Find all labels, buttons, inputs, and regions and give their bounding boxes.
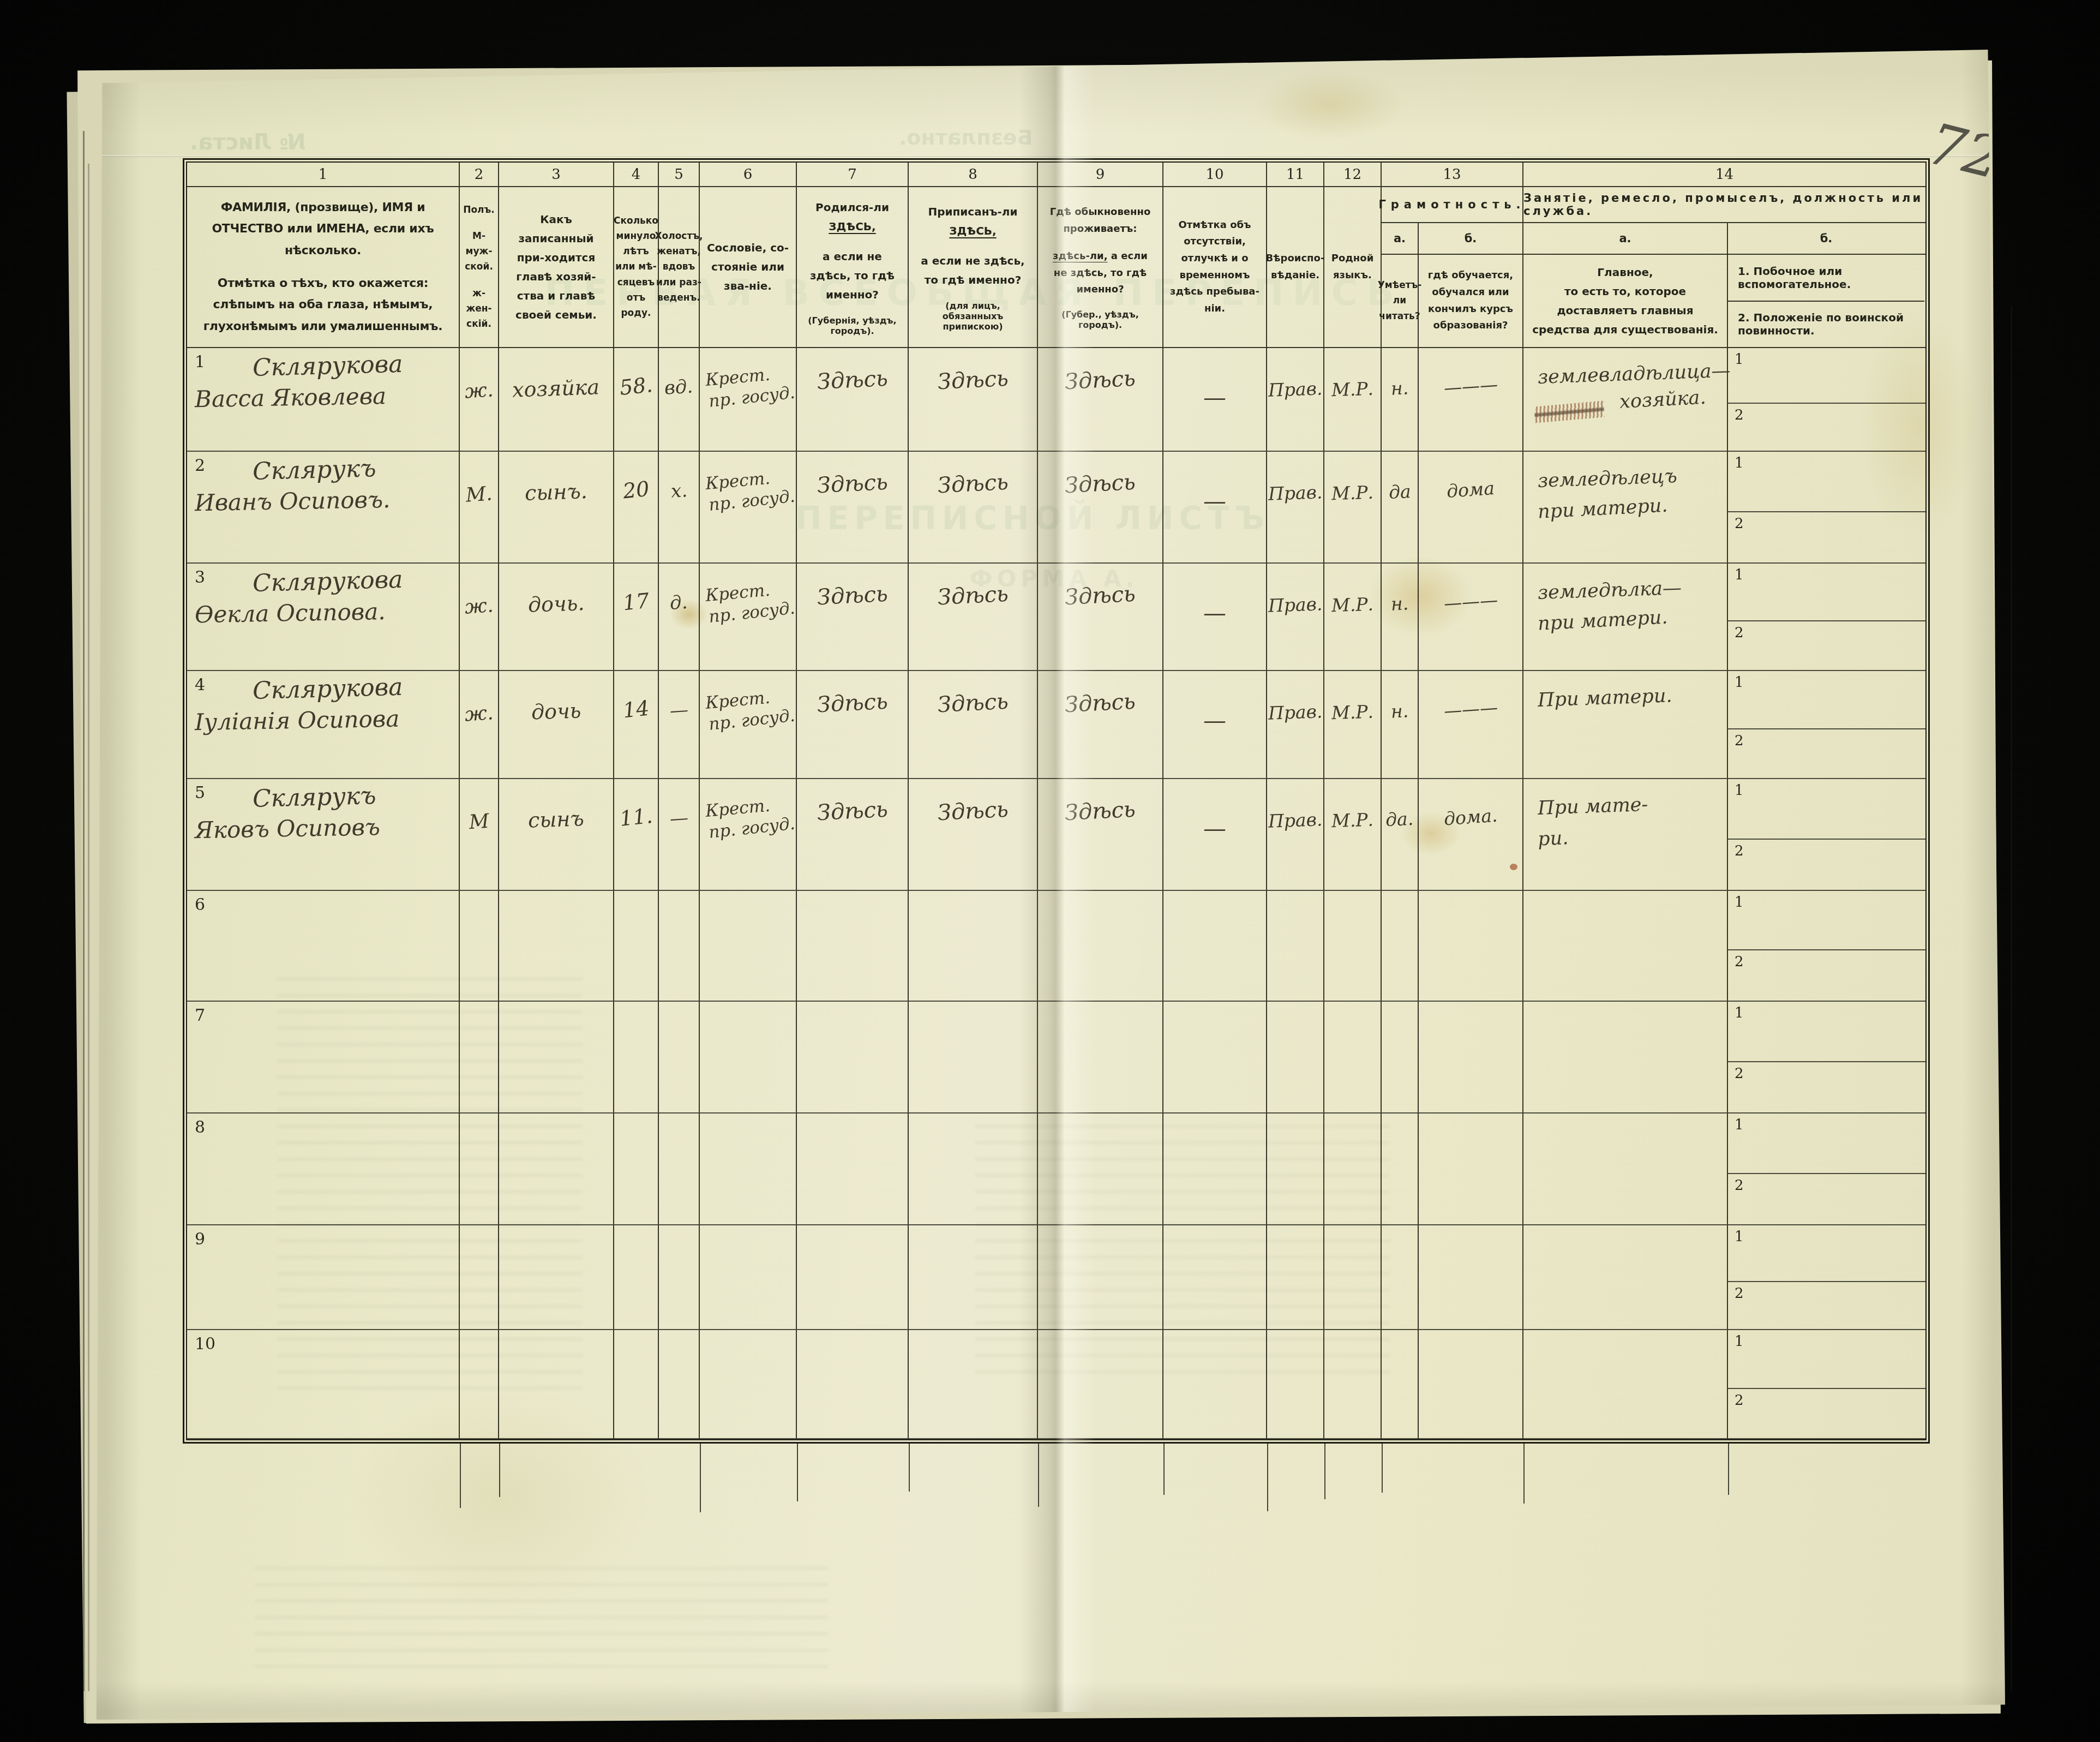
given-name-handwriting: Ѳекла Осипова. xyxy=(195,597,459,628)
cell-estate xyxy=(700,891,797,1002)
cell-sex xyxy=(460,1330,499,1439)
header-occupation-side: 1. Побочное или вспомогательное. 2. Поло… xyxy=(1728,255,1924,347)
cell-born-here: Здѣсь xyxy=(797,564,909,671)
cell-name: 2 Склярукъ Иванъ Осиповъ. xyxy=(187,452,460,564)
header-name-line2: Отмѣтка о тѣхъ, кто окажется: слѣпымъ на… xyxy=(194,273,452,338)
header-name: ФАМИЛІЯ, (прозвище), ИМЯ и ОТЧЕСТВО или … xyxy=(187,187,459,347)
cell-relation xyxy=(499,1225,614,1330)
cell-absence: — xyxy=(1163,564,1267,671)
side-occupation-slot: 1 xyxy=(1728,1330,1925,1389)
sheet-edge xyxy=(83,131,85,1691)
row-number: 10 xyxy=(195,1334,215,1354)
surname-handwriting: Склярукова xyxy=(252,349,459,382)
cell-name: 9 xyxy=(187,1225,460,1330)
cell-religion: Прав. xyxy=(1267,452,1324,564)
header-occupation-b: б. xyxy=(1728,223,1924,254)
given-name-handwriting xyxy=(195,1116,459,1120)
cell-language xyxy=(1324,1002,1382,1114)
header-literacy-group: Грамотность. а. б. Умѣетъ-ли читать? гдѣ… xyxy=(1382,187,1522,347)
cell-where-educated: ——— xyxy=(1419,671,1523,779)
cell-sex xyxy=(460,1114,499,1225)
cell-relation: дочь xyxy=(499,671,614,779)
cell-side-occupation: 1 2 xyxy=(1728,671,1925,779)
cell-estate xyxy=(700,1002,797,1114)
cell-sex xyxy=(460,891,499,1002)
cell-marital: х. xyxy=(659,452,700,564)
cell-sex xyxy=(460,1225,499,1330)
cell-absence xyxy=(1163,891,1267,1002)
cell-occupation xyxy=(1523,1330,1728,1439)
cell-marital xyxy=(659,1225,700,1330)
cell-born-here xyxy=(797,1225,909,1330)
given-name-handwriting xyxy=(195,1004,459,1008)
header-relation: Какъ записанный при-ходится главѣ хозяй-… xyxy=(499,187,613,347)
cell-absence xyxy=(1163,1225,1267,1330)
cell-can-read xyxy=(1382,1114,1419,1225)
cell-born-here: Здѣсь xyxy=(797,671,909,779)
cell-marital: д. xyxy=(659,564,700,671)
row-number: 8 xyxy=(195,1118,205,1137)
cell-age: 58. xyxy=(614,348,659,452)
surname-handwriting xyxy=(253,1226,459,1231)
cell-side-occupation: 1 2 xyxy=(1728,779,1925,891)
header-literacy-a: а. xyxy=(1382,223,1419,254)
header-literacy-title: Грамотность. xyxy=(1382,187,1522,223)
cell-side-occupation: 1 2 xyxy=(1728,891,1925,1002)
cell-can-read xyxy=(1382,1330,1419,1439)
row-number: 9 xyxy=(195,1230,205,1249)
cell-occupation xyxy=(1523,1002,1728,1114)
cell-name: 7 xyxy=(187,1002,460,1114)
header-occupation-title: Занятіе, ремесло, промыселъ, должность и… xyxy=(1523,187,1925,223)
col-number: 4 xyxy=(614,163,659,187)
cell-sex: ж. xyxy=(460,564,499,671)
side-occupation-slot: 1 xyxy=(1728,891,1925,950)
subrow-2-label: 2 xyxy=(1735,516,1744,532)
ruled-line-end xyxy=(1324,1442,1325,1499)
strikethrough-mark xyxy=(1534,400,1605,423)
ruled-line-end xyxy=(1523,1442,1525,1504)
subrow-1-label: 1 xyxy=(1735,1005,1744,1021)
side-occupation-slot: 1 xyxy=(1728,564,1925,621)
col-number: 7 xyxy=(797,163,909,187)
cell-estate: Крест. пр. госуд. xyxy=(700,779,797,891)
surname-handwriting xyxy=(253,891,459,897)
cell-can-read xyxy=(1382,1225,1419,1330)
col-number: 2 xyxy=(460,163,499,187)
cell-can-read: н. xyxy=(1382,671,1419,779)
cell-age: 11. xyxy=(614,779,659,891)
cell-can-read xyxy=(1382,1002,1419,1114)
military-status-slot: 2 xyxy=(1728,404,1925,451)
cell-relation: сынъ xyxy=(499,779,614,891)
cell-age xyxy=(614,1114,659,1225)
given-name-handwriting xyxy=(195,1332,459,1337)
ruled-line-end xyxy=(1163,1442,1165,1495)
header-literacy-b: б. xyxy=(1419,223,1522,254)
military-status-slot: 2 xyxy=(1728,621,1925,670)
cell-absence xyxy=(1163,1114,1267,1225)
col-number: 10 xyxy=(1163,163,1267,187)
surname-handwriting: Склярукова xyxy=(252,564,459,597)
header-registered-here: Приписанъ-ли ЗДѢСЬ, а если не здѣсь, то … xyxy=(909,187,1037,347)
header-age: Сколько минуло лѣтъ или мѣ-сяцевъ отъ ро… xyxy=(614,187,658,347)
ruled-line-end xyxy=(499,1442,500,1497)
header-religion: Вѣроиспо-вѣданіе. xyxy=(1267,187,1323,347)
cell-born-here xyxy=(797,1114,909,1225)
cell-occupation xyxy=(1523,1225,1728,1330)
cell-religion xyxy=(1267,1225,1324,1330)
cell-age: 20 xyxy=(614,452,659,564)
cell-language xyxy=(1324,1225,1382,1330)
military-status-slot: 2 xyxy=(1728,1389,1925,1438)
surname-handwriting xyxy=(253,1114,459,1120)
cell-name: 8 xyxy=(187,1114,460,1225)
cell-absence: — xyxy=(1163,671,1267,779)
cell-religion: Прав. xyxy=(1267,348,1324,452)
given-name-handwriting xyxy=(195,1228,459,1232)
cell-age: 14 xyxy=(614,671,659,779)
cell-language: М.Р. xyxy=(1324,564,1382,671)
cell-where-educated xyxy=(1419,1330,1523,1439)
cell-side-occupation: 1 2 xyxy=(1728,564,1925,671)
cell-sex: М. xyxy=(460,452,499,564)
cell-age xyxy=(614,891,659,1002)
cell-side-occupation: 1 2 xyxy=(1728,1225,1925,1330)
cell-age xyxy=(614,1330,659,1439)
cell-marital xyxy=(659,891,700,1002)
cell-where-educated xyxy=(1419,1002,1523,1114)
cell-estate xyxy=(700,1225,797,1330)
military-status-slot: 2 xyxy=(1728,512,1925,562)
header-occupation-main: Главное, то есть то, которое доставляетъ… xyxy=(1523,255,1728,347)
subrow-1-label: 1 xyxy=(1735,351,1744,368)
military-status-slot: 2 xyxy=(1728,840,1925,890)
header-can-read: Умѣетъ-ли читать? xyxy=(1382,255,1419,347)
cell-side-occupation: 1 2 xyxy=(1728,452,1925,564)
center-fold xyxy=(1019,48,1095,1720)
header-military-status: 2. Положеніе по воинской повинности. xyxy=(1728,302,1924,348)
subrow-2-label: 2 xyxy=(1735,625,1744,641)
cell-marital: вд. xyxy=(659,348,700,452)
cell-marital xyxy=(659,1330,700,1439)
cell-occupation xyxy=(1523,1114,1728,1225)
cell-occupation: При матери. xyxy=(1523,671,1728,779)
header-sex: Полъ. М-муж-ской. ж-жен-скій. xyxy=(460,187,498,347)
subrow-2-label: 2 xyxy=(1735,843,1744,859)
side-occupation-slot: 1 xyxy=(1728,1225,1925,1282)
cell-where-educated xyxy=(1419,1114,1523,1225)
cell-side-occupation: 1 2 xyxy=(1728,1114,1925,1225)
cell-age xyxy=(614,1002,659,1114)
cell-born-here xyxy=(797,891,909,1002)
cell-religion xyxy=(1267,1002,1324,1114)
side-occupation-slot: 1 xyxy=(1728,779,1925,840)
cell-where-educated xyxy=(1419,891,1523,1002)
cell-language: М.Р. xyxy=(1324,452,1382,564)
ruled-line-end xyxy=(1382,1442,1383,1493)
cell-absence: — xyxy=(1163,779,1267,891)
row-number: 3 xyxy=(195,568,205,587)
cell-occupation: При мате- ри. xyxy=(1523,779,1728,891)
cell-born-here xyxy=(797,1002,909,1114)
census-sheet: № Листа. Безплатно. ПЕРВАЯ ВСЕОБЩАЯ ПЕРЕ… xyxy=(92,48,2005,1720)
sheet-edge xyxy=(88,164,89,1691)
cell-occupation: земледѣлка— при матери. xyxy=(1523,564,1728,671)
ghost-paragraph xyxy=(255,1565,828,1668)
ghost-free-label: Безплатно. xyxy=(899,125,1033,149)
cell-can-read: да. xyxy=(1382,779,1419,891)
subrow-1-label: 1 xyxy=(1735,455,1744,471)
military-status-slot: 2 xyxy=(1728,950,1925,1001)
cell-estate xyxy=(700,1330,797,1439)
handwritten-page-number: 72 xyxy=(1922,110,2008,192)
header-estate: Сословіе, со-стояніе или зва-ніе. xyxy=(700,187,796,347)
cell-occupation: землевладѣлица— хозяйка. xyxy=(1523,348,1728,452)
subrow-2-label: 2 xyxy=(1735,1392,1744,1409)
header-born-here: Родился-ли ЗДѢСЬ, а если не здѣсь, то гд… xyxy=(797,187,908,347)
ruled-line-end xyxy=(797,1442,798,1501)
cell-marital xyxy=(659,1114,700,1225)
cell-where-educated: дома. xyxy=(1419,779,1523,891)
cell-relation xyxy=(499,1002,614,1114)
cell-estate xyxy=(700,1114,797,1225)
subrow-1-label: 1 xyxy=(1735,894,1744,911)
cell-religion xyxy=(1267,1330,1324,1439)
row-number: 4 xyxy=(195,675,205,695)
header-language: Родной языкъ. xyxy=(1324,187,1381,347)
subrow-2-label: 2 xyxy=(1735,1177,1744,1194)
cell-relation xyxy=(499,1114,614,1225)
cell-where-educated xyxy=(1419,1225,1523,1330)
cell-born-here: Здѣсь xyxy=(797,779,909,891)
cell-name: 4 Склярукова Іуліанія Осипова xyxy=(187,671,460,779)
col-number: 6 xyxy=(700,163,797,187)
cell-language: М.Р. xyxy=(1324,779,1382,891)
cell-language: М.Р. xyxy=(1324,671,1382,779)
side-occupation-slot: 1 xyxy=(1728,671,1925,729)
subrow-2-label: 2 xyxy=(1735,733,1744,749)
header-occupation-group: Занятіе, ремесло, промыселъ, должность и… xyxy=(1523,187,1925,347)
cell-sex: М xyxy=(460,779,499,891)
side-occupation-slot: 1 xyxy=(1728,1002,1925,1062)
given-name-handwriting: Іуліанія Осипова xyxy=(195,704,459,735)
cell-marital xyxy=(659,1002,700,1114)
ruled-line-end xyxy=(1728,1442,1729,1495)
cell-relation: сынъ. xyxy=(499,452,614,564)
surname-handwriting: Склярукъ xyxy=(252,452,459,486)
subrow-1-label: 1 xyxy=(1735,567,1744,583)
cell-name: 1 Склярукова Васса Яковлева xyxy=(187,348,460,452)
cell-occupation xyxy=(1523,891,1728,1002)
cell-name: 3 Склярукова Ѳекла Осипова. xyxy=(187,564,460,671)
ruled-line-end xyxy=(460,1442,461,1508)
cell-occupation: земледѣлецъ при матери. xyxy=(1523,452,1728,564)
cell-absence: — xyxy=(1163,452,1267,564)
cell-religion: Прав. xyxy=(1267,564,1324,671)
subrow-1-label: 1 xyxy=(1735,1333,1744,1350)
cell-side-occupation: 1 2 xyxy=(1728,1330,1925,1439)
row-number: 5 xyxy=(195,783,205,803)
military-status-slot: 2 xyxy=(1728,729,1925,778)
col-number: 12 xyxy=(1324,163,1382,187)
cell-where-educated: ——— xyxy=(1419,564,1523,671)
subrow-1-label: 1 xyxy=(1735,1117,1744,1133)
cell-estate: Крест. пр. госуд. xyxy=(700,564,797,671)
side-occupation-slot: 1 xyxy=(1728,348,1925,404)
header-marital: Холостъ, женатъ, вдовъ или раз-веденъ. xyxy=(659,187,699,347)
cell-language: М.Р. xyxy=(1324,348,1382,452)
ruled-line-end xyxy=(1267,1442,1268,1511)
given-name-handwriting: Васса Яковлева xyxy=(195,381,459,412)
cell-estate: Крест. пр. госуд. xyxy=(700,348,797,452)
sheet-edge xyxy=(2011,306,2012,1691)
cell-sex: ж. xyxy=(460,671,499,779)
cell-where-educated: ——— xyxy=(1419,348,1523,452)
cell-language xyxy=(1324,1330,1382,1439)
col-number: 14 xyxy=(1523,163,1925,187)
military-status-slot: 2 xyxy=(1728,1174,1925,1224)
header-absence: Отмѣтка объ отсутствіи, отлучкѣ и о врем… xyxy=(1163,187,1266,347)
military-status-slot: 2 xyxy=(1728,1282,1925,1329)
cell-sex: ж. xyxy=(460,348,499,452)
subrow-1-label: 1 xyxy=(1735,1229,1744,1245)
cell-relation: дочь. xyxy=(499,564,614,671)
cell-can-read: н. xyxy=(1382,564,1419,671)
cell-can-read: да xyxy=(1382,452,1419,564)
cell-where-educated: дома xyxy=(1419,452,1523,564)
cell-estate: Крест. пр. госуд. xyxy=(700,452,797,564)
surname-handwriting xyxy=(253,1331,459,1336)
subrow-1-label: 1 xyxy=(1735,674,1744,691)
subrow-2-label: 2 xyxy=(1735,1285,1744,1302)
cell-absence: — xyxy=(1163,348,1267,452)
surname-handwriting: Склярукова xyxy=(252,672,459,705)
col-number: 13 xyxy=(1382,163,1523,187)
cell-relation xyxy=(499,891,614,1002)
header-name-line1: ФАМИЛІЯ, (прозвище), ИМЯ и ОТЧЕСТВО или … xyxy=(194,197,452,262)
cell-born-here xyxy=(797,1330,909,1439)
ghost-sheet-number: № Листа. xyxy=(190,130,305,155)
cell-relation xyxy=(499,1330,614,1439)
cell-born-here: Здѣсь xyxy=(797,348,909,452)
col-number: 3 xyxy=(499,163,614,187)
side-occupation-slot: 1 xyxy=(1728,1114,1925,1174)
given-name-handwriting xyxy=(195,893,459,897)
cell-age xyxy=(614,1225,659,1330)
cell-can-read xyxy=(1382,891,1419,1002)
subrow-2-label: 2 xyxy=(1735,1065,1744,1082)
cell-absence xyxy=(1163,1002,1267,1114)
cell-name: 10 xyxy=(187,1330,460,1439)
cell-born-here: Здѣсь xyxy=(797,452,909,564)
cell-side-occupation: 1 2 xyxy=(1728,348,1925,452)
header-where-educated: гдѣ обучается, обучался или кончилъ курс… xyxy=(1419,255,1522,347)
surname-handwriting xyxy=(253,1002,459,1008)
cell-absence xyxy=(1163,1330,1267,1439)
cell-marital: — xyxy=(659,671,700,779)
col-number: 11 xyxy=(1267,163,1324,187)
given-name-handwriting: Яковъ Осиповъ xyxy=(195,812,459,843)
ruled-line-end xyxy=(700,1442,701,1512)
cell-sex xyxy=(460,1002,499,1114)
subrow-2-label: 2 xyxy=(1735,407,1744,423)
cell-religion: Прав. xyxy=(1267,779,1324,891)
cell-relation: хозяйка xyxy=(499,348,614,452)
header-side-occupation: 1. Побочное или вспомогательное. xyxy=(1728,255,1924,302)
cell-language xyxy=(1324,891,1382,1002)
cell-estate: Крест. пр. госуд. xyxy=(700,671,797,779)
cell-language xyxy=(1324,1114,1382,1225)
cell-religion: Прав. xyxy=(1267,671,1324,779)
cell-can-read: н. xyxy=(1382,348,1419,452)
cell-marital: — xyxy=(659,779,700,891)
subrow-1-label: 1 xyxy=(1735,782,1744,799)
age-stain xyxy=(1253,70,1406,141)
row-number: 7 xyxy=(195,1006,205,1025)
cell-age: 17 xyxy=(614,564,659,671)
scan-background: № Листа. Безплатно. ПЕРВАЯ ВСЕОБЩАЯ ПЕРЕ… xyxy=(0,0,2100,1742)
header-occupation-a: а. xyxy=(1523,223,1728,254)
subrow-2-label: 2 xyxy=(1735,954,1744,970)
military-status-slot: 2 xyxy=(1728,1062,1925,1112)
cell-name: 6 xyxy=(187,891,460,1002)
col-number: 5 xyxy=(659,163,700,187)
cell-religion xyxy=(1267,891,1324,1002)
side-occupation-slot: 1 xyxy=(1728,452,1925,512)
row-number: 1 xyxy=(195,352,205,372)
cell-name: 5 Склярукъ Яковъ Осиповъ xyxy=(187,779,460,891)
surname-handwriting: Склярукъ xyxy=(252,780,459,813)
cell-religion xyxy=(1267,1114,1324,1225)
row-number: 2 xyxy=(195,456,205,475)
given-name-handwriting: Иванъ Осиповъ. xyxy=(195,485,459,516)
col-number: 1 xyxy=(187,163,460,187)
ruled-line-end xyxy=(909,1442,910,1492)
row-number: 6 xyxy=(195,895,205,914)
cell-side-occupation: 1 2 xyxy=(1728,1002,1925,1114)
